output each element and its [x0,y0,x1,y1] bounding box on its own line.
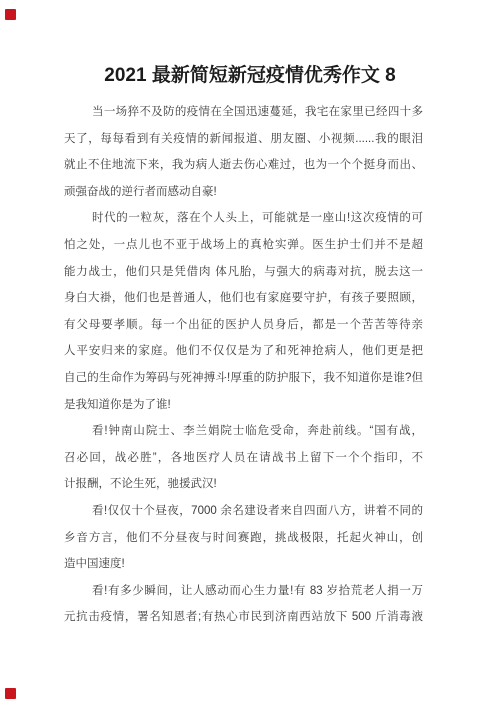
article-line: 能力战士，他们只是凭借肉 体凡胎，与强大的病毒对抗，脱去这一 [64,259,423,286]
article-line: 看!仅仅十个昼夜，7000 余名建设者来自四面八方，讲着不同的 [64,498,423,525]
article-line: 人平安归来的家庭。他们不仅仅是为了和死神抢病人，他们更是把 [64,338,423,365]
article-line: 造中国速度! [64,551,423,578]
article-line: 是我知道你是为了谁! [64,392,423,419]
article-line: 看!钟南山院士、李兰娟院士临危受命，奔赴前线。“国有战， [64,418,423,445]
red-page-marker-bottom [5,688,16,699]
article-line: 乡音方言，他们不分昼夜与时间赛跑，挑战极限，托起火神山，创 [64,525,423,552]
article-line: 就止不住地流下来，我为病人逝去伤心难过，也为一个个挺身而出、 [64,152,423,179]
article-line: 天了，每每看到有关疫情的新闻报道、朋友圈、小视频......我的眼泪 [64,126,423,153]
article-body: 当一场猝不及防的疫情在全国迅速蔓延，我宅在家里已经四十多天了，每每看到有关疫情的… [64,99,423,631]
article-line: 自己的生命作为筹码与死神搏斗!厚重的防护服下，我不知道你是谁?但 [64,365,423,392]
red-page-marker-top [5,9,16,20]
article-line: 有父母要孝顺。每一个出征的医护人员身后，都是一个苦苦等待亲 [64,312,423,339]
document-page: 2021 最新简短新冠疫情优秀作文 8 当一场猝不及防的疫情在全国迅速蔓延，我宅… [0,0,500,708]
article-line: 顽强奋战的逆行者而感动自豪! [64,179,423,206]
article-line: 元抗击疫情，署名知恩者;有热心市民到济南西站放下 500 斤消毒液 [64,604,423,631]
document-title: 2021 最新简短新冠疫情优秀作文 8 [0,62,500,90]
article-line: 当一场猝不及防的疫情在全国迅速蔓延，我宅在家里已经四十多 [64,99,423,126]
article-line: 召必回，战必胜”，各地医疗人员在请战书上留下一个个指印，不 [64,445,423,472]
article-line: 身白大褂，他们也是普通人，他们也有家庭要守护，有孩子要照顾， [64,285,423,312]
article-line: 怕之处，一点儿也不亚于战场上的真枪实弹。医生护士们并不是超 [64,232,423,259]
article-line: 看!有多少瞬间，让人感动而心生力量!有 83 岁拾荒老人捐一万 [64,578,423,605]
article-line: 计报酬，不论生死，驰援武汉! [64,471,423,498]
article-line: 时代的一粒灰，落在个人头上，可能就是一座山!这次疫情的可 [64,205,423,232]
